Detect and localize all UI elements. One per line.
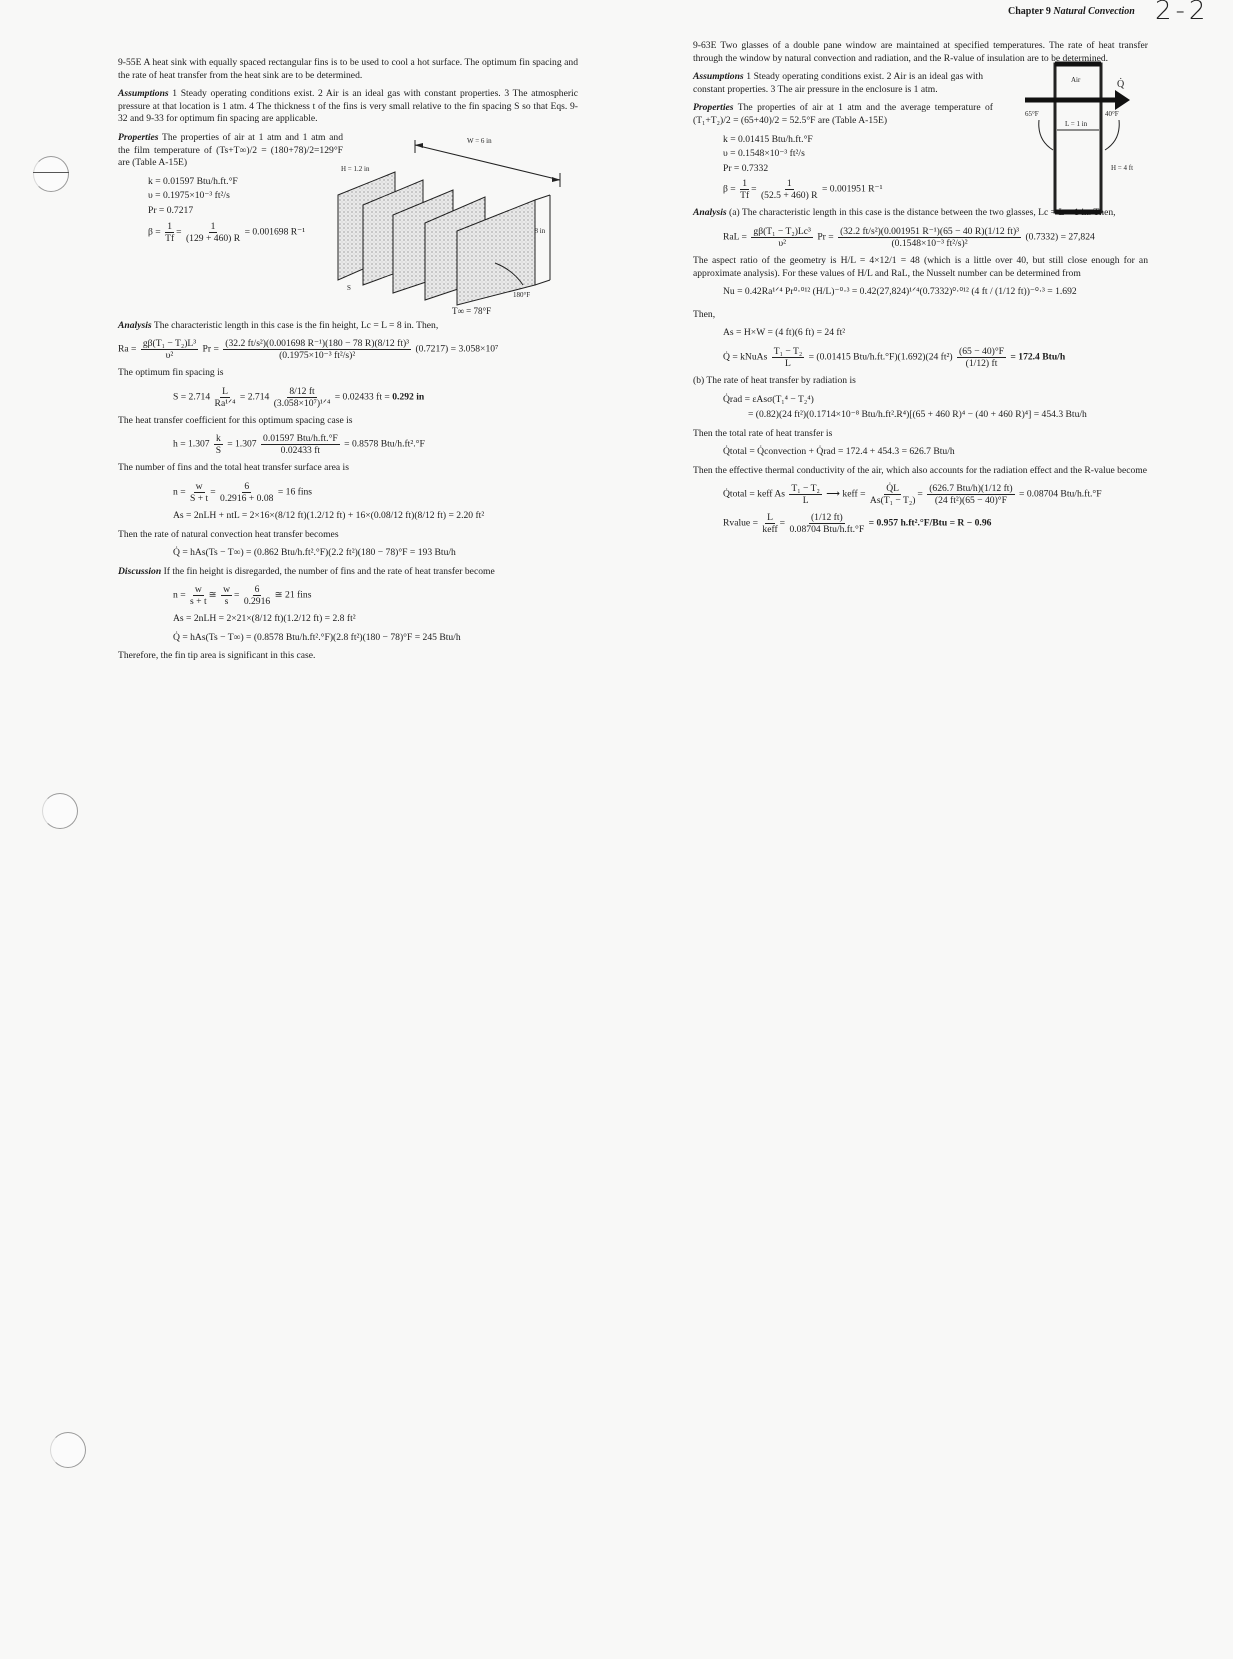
punch-hole — [33, 156, 69, 192]
svg-text:W = 6 in: W = 6 in — [467, 137, 492, 145]
h-intro: The heat transfer coefficient for this o… — [118, 415, 578, 428]
analysis: Analysis The characteristic length in th… — [118, 320, 578, 333]
q-equation: Q̇ = hAs(Ts − T∞) = (0.862 Btu/h.ft².°F)… — [118, 547, 578, 560]
keff-equation: Q̇total = keff As T₁ − T₂L ⟶ keff = Q̇LA… — [693, 483, 1148, 506]
scanned-page: Chapter 9 Natural Convection 2-2 9-55E A… — [0, 0, 1233, 1659]
keff-intro: Then the effective thermal conductivity … — [693, 465, 1148, 478]
radiation-intro: (b) The rate of heat transfer by radiati… — [693, 375, 1148, 388]
spacing-equation: S = 2.714 LRa¹ᐟ⁴ = 2.714 8/12 ft(3.058×1… — [118, 386, 578, 409]
area-equation: As = H×W = (4 ft)(6 ft) = 24 ft² — [693, 327, 1148, 340]
h-equation: h = 1.307 kS = 1.307 0.01597 Btu/h.ft.°F… — [118, 433, 578, 456]
properties: Properties The properties of air at 1 at… — [693, 102, 993, 127]
punch-hole — [42, 793, 78, 829]
conclusion: Therefore, the fin tip area is significa… — [118, 650, 578, 663]
nusselt-equation: Nu = 0.42Ra¹ᐟ⁴ Pr⁰·⁰¹² (H/L)⁻⁰·³ = 0.42(… — [693, 286, 1148, 299]
total-intro: Then the total rate of heat transfer is — [693, 428, 1148, 441]
chapter-number: Chapter 9 — [1008, 6, 1051, 17]
svg-text:65°F: 65°F — [1025, 110, 1039, 118]
handwritten-page-number: 2-2 — [1155, 0, 1209, 26]
svg-text:Air: Air — [1071, 76, 1081, 84]
svg-text:180°F: 180°F — [513, 291, 530, 299]
aspect-ratio: The aspect ratio of the geometry is H/L … — [693, 255, 1148, 280]
q-intro: Then the rate of natural convection heat… — [118, 529, 578, 542]
heat-sink-figure: W = 6 in H = 1.2 in L = 8 in S 180°F — [335, 135, 595, 315]
punch-hole — [50, 1432, 86, 1468]
assumptions: Assumptions 1 Steady operating condition… — [693, 71, 983, 96]
radiation-equation-2: = (0.82)(24 ft²)(0.1714×10⁻⁸ Btu/h.ft².R… — [693, 409, 1148, 422]
rayleigh-equation: RaL = gβ(T₁ − T₂)Lc³υ² Pr = (32.2 ft/s²)… — [693, 226, 1148, 249]
n2-equation: n = ws + t≅ ws= 60.2916 ≅ 21 fins — [118, 584, 578, 607]
total-equation: Q̇total = Q̇convection + Q̇rad = 172.4 +… — [693, 446, 1148, 459]
n-equation: n = wS + t= 60.2916 + 0.08 = 16 fins — [118, 481, 578, 504]
svg-text:40°F: 40°F — [1105, 110, 1119, 118]
rayleigh-equation: Ra = gβ(T₁ − T₂)L³υ² Pr = (32.2 ft/s²)(0… — [118, 338, 578, 361]
q2-equation: Q̇ = hAs(Ts − T∞) = (0.8578 Btu/h.ft².°F… — [118, 632, 578, 645]
n-intro: The number of fins and the total heat tr… — [118, 462, 578, 475]
area-equation: As = 2nLH + ntL = 2×16×(8/12 ft)(1.2/12 … — [118, 510, 578, 523]
area2-equation: As = 2nLH = 2×21×(8/12 ft)(1.2/12 ft) = … — [118, 613, 578, 626]
window-figure: Air Q̇ 65°F 40°F L = 1 in H = 4 ft — [1025, 60, 1165, 225]
svg-text:H = 4 ft: H = 4 ft — [1111, 164, 1133, 172]
spacing-intro: The optimum fin spacing is — [118, 367, 578, 380]
q-conv-equation: Q̇ = kNuAs T₁ − T₂L = (0.01415 Btu/h.ft.… — [693, 346, 1148, 369]
r-value-equation: Rvalue = Lkeff= (1/12 ft)0.08704 Btu/h.f… — [693, 512, 1148, 535]
problem-statement: 9-55E A heat sink with equally spaced re… — [118, 57, 578, 82]
svg-text:S: S — [347, 284, 351, 292]
properties: Properties The properties of air at 1 at… — [118, 132, 343, 170]
svg-text:L = 1 in: L = 1 in — [1065, 120, 1088, 128]
then: Then, — [693, 309, 1148, 322]
svg-text:Q̇: Q̇ — [1117, 78, 1125, 90]
discussion: Discussion If the fin height is disregar… — [118, 566, 578, 579]
svg-text:H = 1.2 in: H = 1.2 in — [341, 165, 370, 173]
ambient-temp-label: T∞ = 78°F — [452, 306, 491, 316]
running-header: Chapter 9 Natural Convection — [1008, 6, 1135, 17]
radiation-equation-1: Q̇rad = εAsσ(T₁⁴ − T₂⁴) — [693, 394, 1148, 407]
assumptions: Assumptions 1 Steady operating condition… — [118, 88, 578, 126]
chapter-title: Natural Convection — [1053, 6, 1134, 17]
